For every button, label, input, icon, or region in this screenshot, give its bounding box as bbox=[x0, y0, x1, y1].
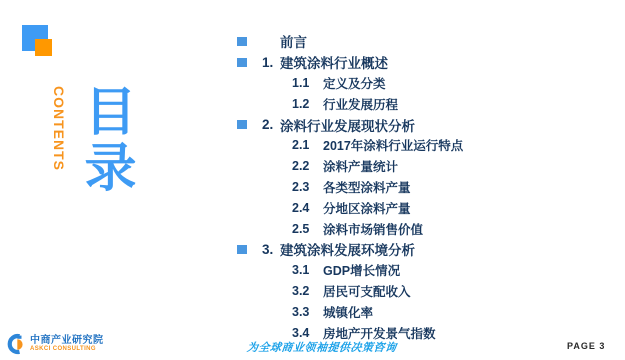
askci-logo-icon bbox=[5, 333, 27, 355]
bullet-square-icon bbox=[237, 245, 247, 254]
toc-item-number: 2.3 bbox=[292, 180, 323, 194]
toc-item: 1.建筑涂料行业概述 bbox=[236, 52, 616, 73]
toc-item-text: 涂料产量统计 bbox=[323, 157, 398, 175]
toc-item-text: 建筑涂料行业概述 bbox=[280, 52, 388, 72]
toc-item: 1.2行业发展历程 bbox=[236, 93, 616, 114]
company-logo: 中商产业研究院 ASKCI CONSULTING bbox=[5, 333, 104, 355]
toc-item: 3.1GDP增长情况 bbox=[236, 260, 616, 281]
toc-item: 3.3城镇化率 bbox=[236, 301, 616, 322]
footer-slogan: 为全球商业领袖提供决策咨询 bbox=[246, 339, 397, 355]
toc-item-number: 2.2 bbox=[292, 159, 323, 173]
toc-title-cn: 目录 bbox=[80, 84, 130, 196]
contents-vertical-label: CONTENTS bbox=[51, 86, 67, 198]
toc-item: 2.5涂料市场销售价值 bbox=[236, 218, 616, 239]
toc-item-number: 3. bbox=[262, 242, 280, 257]
toc-item: 2.涂料行业发展现状分析 bbox=[236, 114, 616, 135]
toc-item-text: 涂料市场销售价值 bbox=[323, 220, 423, 238]
toc-item-text: 2017年涂料行业运行特点 bbox=[323, 136, 463, 154]
toc-item: 2.2涂料产量统计 bbox=[236, 156, 616, 177]
toc-item-text: GDP增长情况 bbox=[323, 261, 400, 279]
toc-item-text: 居民可支配收入 bbox=[323, 282, 411, 300]
toc-item-number: 3.4 bbox=[292, 326, 323, 340]
toc-item-number: 1.1 bbox=[292, 76, 323, 90]
toc-item-number: 2.5 bbox=[292, 222, 323, 236]
toc-item-number: 2. bbox=[262, 117, 280, 132]
toc-item-text: 建筑涂料发展环境分析 bbox=[280, 239, 415, 259]
toc-item-text: 各类型涂料产量 bbox=[323, 178, 411, 196]
slide: CONTENTS 目录 前言1.建筑涂料行业概述1.1定义及分类1.2行业发展历… bbox=[0, 0, 625, 360]
toc-item-number: 1. bbox=[262, 55, 280, 70]
toc-list: 前言1.建筑涂料行业概述1.1定义及分类1.2行业发展历程2.涂料行业发展现状分… bbox=[236, 31, 616, 343]
toc-item-text: 前言 bbox=[280, 31, 307, 51]
logo-name-en: ASKCI CONSULTING bbox=[30, 346, 104, 353]
bullet-square-icon bbox=[237, 120, 247, 129]
bullet-square-icon bbox=[237, 37, 247, 46]
toc-item-number: 1.2 bbox=[292, 97, 323, 111]
page-number: PAGE 3 bbox=[567, 341, 605, 351]
toc-item-number: 3.2 bbox=[292, 284, 323, 298]
toc-item-number: 2.1 bbox=[292, 138, 323, 152]
logo-name-cn: 中商产业研究院 bbox=[30, 335, 104, 346]
logo-text-block: 中商产业研究院 ASKCI CONSULTING bbox=[30, 335, 104, 353]
toc-item-text: 涂料行业发展现状分析 bbox=[280, 115, 415, 135]
toc-item: 3.2居民可支配收入 bbox=[236, 281, 616, 302]
toc-item: 1.1定义及分类 bbox=[236, 73, 616, 94]
toc-item: 前言 bbox=[236, 31, 616, 52]
toc-item-text: 行业发展历程 bbox=[323, 95, 398, 113]
toc-item-text: 定义及分类 bbox=[323, 74, 386, 92]
toc-item-text: 分地区涂料产量 bbox=[323, 199, 411, 217]
toc-item-text: 城镇化率 bbox=[323, 303, 373, 321]
toc-item: 2.4分地区涂料产量 bbox=[236, 197, 616, 218]
toc-item-number: 3.3 bbox=[292, 305, 323, 319]
bullet-square-icon bbox=[237, 58, 247, 67]
toc-item: 3.建筑涂料发展环境分析 bbox=[236, 239, 616, 260]
toc-item-number: 2.4 bbox=[292, 201, 323, 215]
toc-item-number: 3.1 bbox=[292, 263, 323, 277]
toc-item: 2.12017年涂料行业运行特点 bbox=[236, 135, 616, 156]
decor-orange-square bbox=[35, 39, 52, 56]
toc-item: 2.3各类型涂料产量 bbox=[236, 177, 616, 198]
